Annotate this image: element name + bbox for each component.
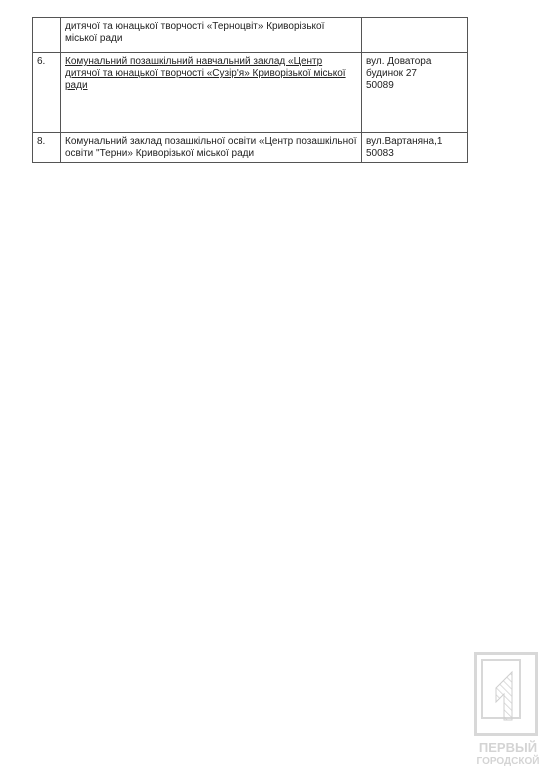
address-street: вул. Доватора [366,56,463,68]
row-number [33,18,61,53]
institution-name: Комунальний заклад позашкільної освіти «… [61,133,362,163]
address-postcode: 50083 [366,148,463,160]
table-row: 8. Комунальний заклад позашкільної освіт… [33,133,468,163]
institutions-table: дитячої та юнацької творчості «Терноцвіт… [32,17,468,163]
address-building: будинок 27 [366,68,463,80]
logo-text-line1: ПЕРВЫЙ [472,740,544,755]
institution-address: вул. Доватора будинок 27 50089 [362,53,468,133]
table-row: 6. Комунальний позашкільний навчальний з… [33,53,468,133]
address-postcode: 50089 [366,80,463,92]
institution-name: Комунальний позашкільний навчальний закл… [61,53,362,133]
table-row: дитячої та юнацької творчості «Терноцвіт… [33,18,468,53]
pervyi-gorodskoi-logo-icon [472,650,544,740]
row-number: 8. [33,133,61,163]
institution-address [362,18,468,53]
institution-name: дитячої та юнацької творчості «Терноцвіт… [61,18,362,53]
address-street: вул.Вартаняна,1 [366,136,463,148]
row-number: 6. [33,53,61,133]
watermark-logo: ПЕРВЫЙ ГОРОДСКОЙ [472,650,544,776]
institution-address: вул.Вартаняна,1 50083 [362,133,468,163]
logo-text-line2: ГОРОДСКОЙ [472,756,544,767]
